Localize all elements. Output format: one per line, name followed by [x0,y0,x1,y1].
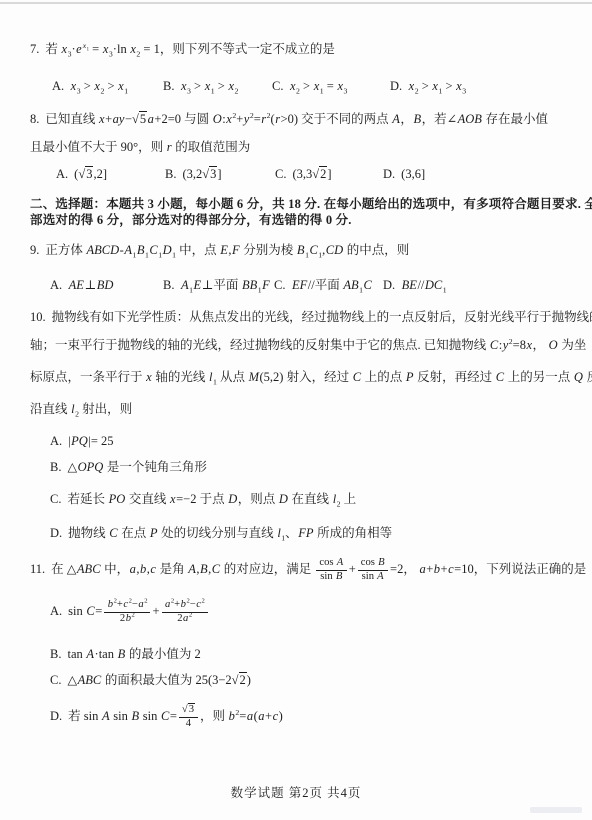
q7-option-a-text: x3 > x2 > x1 [70,79,128,93]
q7-option-c-text: x2 > x1 = x3 [289,79,347,93]
q11-option-b-text: tan A·tan B 的最小值为 2 [67,647,200,661]
q9-stem-text: 正方体 ABCD-A1B1C1D1 中，点 E,F 分别为棱 B1C1,CD 的… [45,243,409,257]
q10-option-d: D.抛物线 C 在点 P 处的切线分别与直线 l1、FP 所成的角相等 [50,525,392,541]
q11-stem: 11.在 △ABC 中，a,b,c 是角 A,B,C 的对应边，满足 cos A… [30,553,586,585]
q7-option-b: B.x3 > x1 > x2 [163,78,238,94]
q8-option-b: B.(3,2√3] [165,166,222,182]
q11-option-d-text: 若 sin A sin B sin C=√34，则 b2=a(a+c) [68,709,283,723]
q10-option-a: A.|PQ|= 25 [50,433,114,449]
section-header-line-1: 二、选择题：本题共 3 小题，每小题 6 分，共 18 分. 在每小题给出的选项… [30,196,592,212]
q9-option-a-text: AE⊥BD [68,278,114,292]
q7-option-b-label: B. [163,79,174,93]
q8-stem-text-1: 已知直线 x+ay−√5a+2=0 与圆 O:x2+y2=r2(r>0) 交于不… [45,112,548,126]
q10-stem-text-4: 沿直线 l2 射出，则 [30,402,132,416]
q8-option-c: C.(3,3√2] [275,166,332,182]
q9-option-c-label: C. [274,278,285,292]
q10-option-c-text: 若延长 PO 交直线 x=−2 于点 D，则点 D 在直线 l2 上 [67,492,356,506]
q11-stem-text: 在 △ABC 中，a,b,c 是角 A,B,C 的对应边，满足 cos Asin… [51,562,586,576]
q11-option-a-text: sin C=b2+c2−a22b2+a2+b2−c22a2 [68,604,210,618]
q8-option-b-text: (3,2√3] [182,166,221,181]
q10-option-d-text: 抛物线 C 在点 P 处的切线分别与直线 l1、FP 所成的角相等 [68,526,392,540]
q9-option-b-text: A1E⊥平面 BB1F [180,278,270,292]
q9-option-d-text: BE//DC1 [401,278,446,292]
q8-option-c-label: C. [275,167,286,181]
q8-option-d: D.(3,6] [383,166,425,182]
q11-option-c: C.△ABC 的面积最大值为 25(3−2√2) [50,672,251,688]
q11-option-d: D.若 sin A sin B sin C=√34，则 b2=a(a+c) [50,700,283,732]
q8-stem-line-2: 且最小值不大于 90°，则 r 的取值范围为 [30,138,250,156]
q7-option-d-text: x2 > x1 > x3 [408,79,466,93]
q7-stem: 7.若 x3·ex1 = x3·ln x2 = 1，则下列不等式一定不成立的是 [30,40,335,58]
q10-stem-line-2: 轴；一束平行于抛物线的轴的光线，经过抛物线的反射集中于它的焦点. 已知抛物线 C… [30,336,586,354]
q8-option-a-label: A. [56,167,68,181]
q11-option-a: A.sin C=b2+c2−a22b2+a2+b2−c22a2 [50,595,210,627]
q7-option-d: D.x2 > x1 > x3 [390,78,466,94]
q8-option-c-text: (3,3√2] [292,166,331,181]
q10-option-b-text: △OPQ 是一个钝角三角形 [67,460,206,474]
q7-option-b-text: x3 > x1 > x2 [180,79,238,93]
q8-option-b-label: B. [165,167,176,181]
q8-option-d-label: D. [383,167,395,181]
page-top-border [0,2,592,4]
q9-option-b: B.A1E⊥平面 BB1F [163,277,270,293]
q7-option-a: A.x3 > x2 > x1 [52,78,128,94]
exam-page: 7.若 x3·ex1 = x3·ln x2 = 1，则下列不等式一定不成立的是 … [0,0,592,820]
q9-option-c-text: EF//平面 AB1C [291,278,372,292]
q11-option-a-label: A. [50,604,62,618]
q9-option-a-label: A. [50,278,62,292]
q8-number: 8. [30,112,39,126]
q7-option-c: C.x2 > x1 = x3 [272,78,347,94]
q9-option-b-label: B. [163,278,174,292]
q10-option-a-label: A. [50,434,62,448]
q10-option-b: B.△OPQ 是一个钝角三角形 [50,459,207,475]
q9-option-c: C.EF//平面 AB1C [274,277,372,293]
q9-option-a: A.AE⊥BD [50,277,114,293]
q10-option-c-label: C. [50,492,61,506]
q11-option-b: B.tan A·tan B 的最小值为 2 [50,646,201,662]
q10-stem-line-4: 沿直线 l2 射出，则 [30,400,132,418]
q11-option-c-label: C. [50,673,61,687]
q11-option-d-label: D. [50,709,62,723]
q10-option-a-text: |PQ|= 25 [68,434,113,448]
q10-option-d-label: D. [50,526,62,540]
q9-option-d: D.BE//DC1 [383,277,447,293]
q10-option-b-label: B. [50,460,61,474]
q7-number: 7. [30,42,39,56]
q7-option-a-label: A. [52,79,64,93]
q7-stem-text: 若 x3·ex1 = x3·ln x2 = 1，则下列不等式一定不成立的是 [45,42,334,56]
q10-number: 10. [30,310,46,324]
q8-option-a-text: (√3,2] [74,166,107,181]
q9-stem: 9.正方体 ABCD-A1B1C1D1 中，点 E,F 分别为棱 B1C1,CD… [30,241,409,259]
q10-stem-text-3: 标原点，一条平行于 x 轴的光线 l1 从点 M(5,2) 射入，经过 C 上的… [30,370,592,384]
q9-number: 9. [30,243,39,257]
q8-stem-line-1: 8.已知直线 x+ay−√5a+2=0 与圆 O:x2+y2=r2(r>0) 交… [30,110,548,128]
q8-stem-text-2: 且最小值不大于 90°，则 r 的取值范围为 [30,140,250,154]
q11-option-b-label: B. [50,647,61,661]
section-header-line-2: 部选对的得 6 分，部分选对的得部分分，有选错的得 0 分. [30,212,352,228]
q10-stem-text-2: 轴；一束平行于抛物线的轴的光线，经过抛物线的反射集中于它的焦点. 已知抛物线 C… [30,338,586,352]
q10-stem-line-1: 10.抛物线有如下光学性质：从焦点发出的光线，经过抛物线上的一点反射后，反射光线… [30,308,592,326]
q7-option-d-label: D. [390,79,402,93]
q9-option-d-label: D. [383,278,395,292]
q11-option-c-text: △ABC 的面积最大值为 25(3−2√2) [67,672,251,687]
q10-stem-text-1: 抛物线有如下光学性质：从焦点发出的光线，经过抛物线上的一点反射后，反射光线平行于… [52,310,592,324]
watermark [530,807,582,813]
q10-stem-line-3: 标原点，一条平行于 x 轴的光线 l1 从点 M(5,2) 射入，经过 C 上的… [30,368,592,386]
q8-option-a: A.(√3,2] [56,166,107,182]
q7-option-c-label: C. [272,79,283,93]
q10-option-c: C.若延长 PO 交直线 x=−2 于点 D，则点 D 在直线 l2 上 [50,491,356,507]
q11-number: 11. [30,562,45,576]
q8-option-d-text: (3,6] [401,167,425,181]
page-footer: 数学试题 第2页 共4页 [0,783,592,801]
